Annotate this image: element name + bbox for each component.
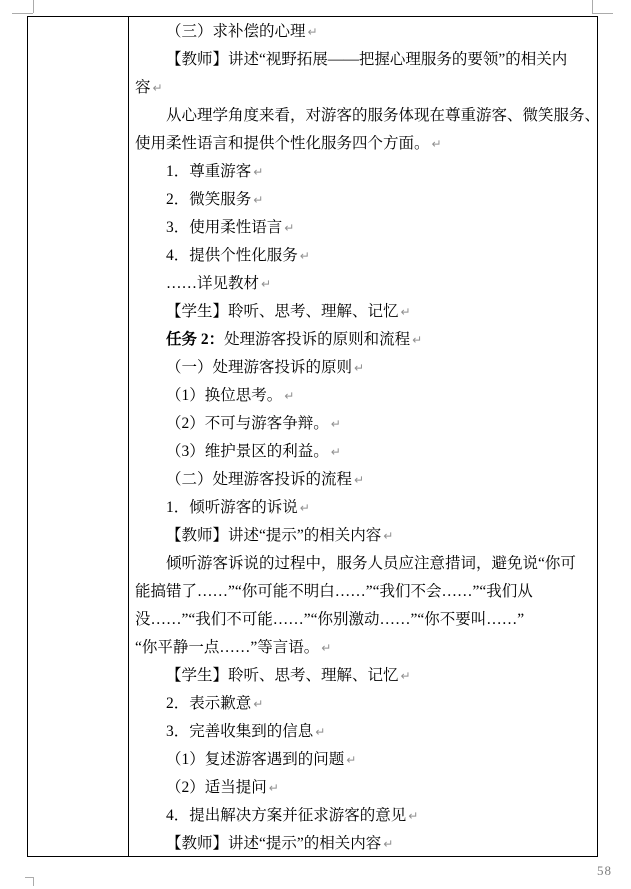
text-line: 【教师】讲述“提示”的相关内容↵ [135, 522, 593, 550]
text-line: 能搞错了……”“你可能不明白……”“我们不会……”“我们从 [135, 578, 593, 606]
margin-crop-mark-top-right [592, 13, 613, 14]
paragraph-mark-icon: ↵ [401, 305, 411, 319]
paragraph-mark-icon: ↵ [354, 361, 364, 375]
margin-crop-mark-bottom-left [33, 877, 34, 886]
paragraph-mark-icon: ↵ [331, 445, 341, 459]
text-line: （三）求补偿的心理↵ [135, 18, 593, 46]
text-line: （2）适当提问↵ [135, 774, 593, 802]
paragraph-mark-icon: ↵ [253, 697, 263, 711]
text-line: （一）处理游客投诉的原则↵ [135, 354, 593, 382]
paragraph-mark-icon: ↵ [354, 473, 364, 487]
paragraph[interactable]: 4．提出解决方案并征求游客的意见↵ [135, 802, 593, 830]
task-label-bold: 任务 2： [166, 331, 224, 348]
paragraph-mark-icon: ↵ [261, 277, 271, 291]
paragraph[interactable]: （2）不可与游客争辩。↵ [135, 410, 593, 438]
text-line: 【学生】聆听、思考、理解、记忆↵ [135, 662, 593, 690]
text-line: 【教师】讲述“提示”的相关内容↵ [135, 830, 593, 856]
paragraph-mark-icon: ↵ [321, 641, 331, 655]
paragraph-mark-icon: ↵ [412, 333, 422, 347]
paragraph[interactable]: （一）处理游客投诉的原则↵ [135, 354, 593, 382]
paragraph[interactable]: 【教师】讲述“提示”的相关内容↵ [135, 522, 593, 550]
paragraph[interactable]: 2．微笑服务↵ [135, 186, 593, 214]
text-line: 使用柔性语言和提供个性化服务四个方面。↵ [135, 130, 593, 158]
document-page: （三）求补偿的心理↵【教师】讲述“视野拓展——把握心理服务的要领”的相关内容↵从… [0, 0, 631, 889]
paragraph-mark-icon: ↵ [346, 753, 356, 767]
text-line: 1．倾听游客的诉说↵ [135, 494, 593, 522]
paragraph-mark-icon: ↵ [401, 669, 411, 683]
margin-crop-mark-top-left [33, 0, 34, 13]
paragraph-mark-icon: ↵ [432, 137, 442, 151]
paragraphs: （三）求补偿的心理↵【教师】讲述“视野拓展——把握心理服务的要领”的相关内容↵从… [135, 18, 593, 856]
paragraph-mark-icon: ↵ [153, 81, 163, 95]
margin-crop-mark-top-right [592, 0, 593, 13]
paragraph[interactable]: （1）换位思考。↵ [135, 382, 593, 410]
table-left-column-cell[interactable] [28, 17, 129, 856]
paragraph[interactable]: 【教师】讲述“视野拓展——把握心理服务的要领”的相关内容↵ [135, 46, 593, 102]
text-line: 3．完善收集到的信息↵ [135, 718, 593, 746]
paragraph-mark-icon: ↵ [300, 249, 310, 263]
paragraph[interactable]: （1）复述游客遇到的问题↵ [135, 746, 593, 774]
paragraph[interactable]: 【教师】讲述“提示”的相关内容↵ [135, 830, 593, 856]
paragraph[interactable]: （3）维护景区的利益。↵ [135, 438, 593, 466]
paragraph[interactable]: 4．提供个性化服务↵ [135, 242, 593, 270]
page-number: 58 [597, 863, 612, 879]
paragraph-mark-icon: ↵ [284, 221, 294, 235]
text-line: ……详见教材↵ [135, 270, 593, 298]
paragraph[interactable]: ……详见教材↵ [135, 270, 593, 298]
text-line: 任务 2：处理游客投诉的原则和流程↵ [135, 326, 593, 354]
paragraph-mark-icon: ↵ [284, 389, 294, 403]
paragraph[interactable]: （三）求补偿的心理↵ [135, 18, 593, 46]
text-line: 容↵ [135, 74, 593, 102]
paragraph-mark-icon: ↵ [253, 193, 263, 207]
text-line: 从心理学角度来看，对游客的服务体现在尊重游客、微笑服务、 [135, 102, 593, 130]
paragraph[interactable]: 倾听游客诉说的过程中，服务人员应注意措词，避免说“你可能搞错了……”“你可能不明… [135, 550, 593, 662]
text-line: 没……”“我们不可能……”“你别激动……”“你不要叫……” [135, 606, 593, 634]
paragraph[interactable]: （二）处理游客投诉的流程↵ [135, 466, 593, 494]
text-line: 1．尊重游客↵ [135, 158, 593, 186]
paragraph[interactable]: 2．表示歉意↵ [135, 690, 593, 718]
margin-crop-mark-top-left [12, 13, 33, 14]
paragraph-mark-icon: ↵ [269, 781, 279, 795]
paragraph-mark-icon: ↵ [383, 529, 393, 543]
text-line: （1）换位思考。↵ [135, 382, 593, 410]
text-line: 4．提供个性化服务↵ [135, 242, 593, 270]
text-line: （2）不可与游客争辩。↵ [135, 410, 593, 438]
text-line: 3．使用柔性语言↵ [135, 214, 593, 242]
paragraph-mark-icon: ↵ [331, 417, 341, 431]
paragraph[interactable]: 3．使用柔性语言↵ [135, 214, 593, 242]
table-content-cell[interactable]: （三）求补偿的心理↵【教师】讲述“视野拓展——把握心理服务的要领”的相关内容↵从… [130, 17, 597, 856]
paragraph-mark-icon: ↵ [315, 725, 325, 739]
text-line: 2．微笑服务↵ [135, 186, 593, 214]
text-line: （1）复述游客遇到的问题↵ [135, 746, 593, 774]
paragraph-mark-icon: ↵ [383, 837, 393, 851]
paragraph-mark-icon: ↵ [253, 165, 263, 179]
text-line: 倾听游客诉说的过程中，服务人员应注意措词，避免说“你可 [135, 550, 593, 578]
paragraph-mark-icon: ↵ [408, 809, 418, 823]
lesson-plan-table: （三）求补偿的心理↵【教师】讲述“视野拓展——把握心理服务的要领”的相关内容↵从… [27, 16, 598, 857]
paragraph[interactable]: 【学生】聆听、思考、理解、记忆↵ [135, 298, 593, 326]
paragraph-mark-icon: ↵ [308, 25, 318, 39]
text-line: “你平静一点……”等言语。↵ [135, 634, 593, 662]
paragraph[interactable]: 3．完善收集到的信息↵ [135, 718, 593, 746]
paragraph[interactable]: 从心理学角度来看，对游客的服务体现在尊重游客、微笑服务、使用柔性语言和提供个性化… [135, 102, 593, 158]
text-line: （3）维护景区的利益。↵ [135, 438, 593, 466]
text-line: （二）处理游客投诉的流程↵ [135, 466, 593, 494]
text-line: 【学生】聆听、思考、理解、记忆↵ [135, 298, 593, 326]
text-line: 4．提出解决方案并征求游客的意见↵ [135, 802, 593, 830]
text-line: 【教师】讲述“视野拓展——把握心理服务的要领”的相关内 [135, 46, 593, 74]
text-line: 2．表示歉意↵ [135, 690, 593, 718]
paragraph[interactable]: 【学生】聆听、思考、理解、记忆↵ [135, 662, 593, 690]
paragraph[interactable]: 1．倾听游客的诉说↵ [135, 494, 593, 522]
paragraph[interactable]: 任务 2：处理游客投诉的原则和流程↵ [135, 326, 593, 354]
paragraph[interactable]: 1．尊重游客↵ [135, 158, 593, 186]
paragraph-mark-icon: ↵ [300, 501, 310, 515]
paragraph[interactable]: （2）适当提问↵ [135, 774, 593, 802]
